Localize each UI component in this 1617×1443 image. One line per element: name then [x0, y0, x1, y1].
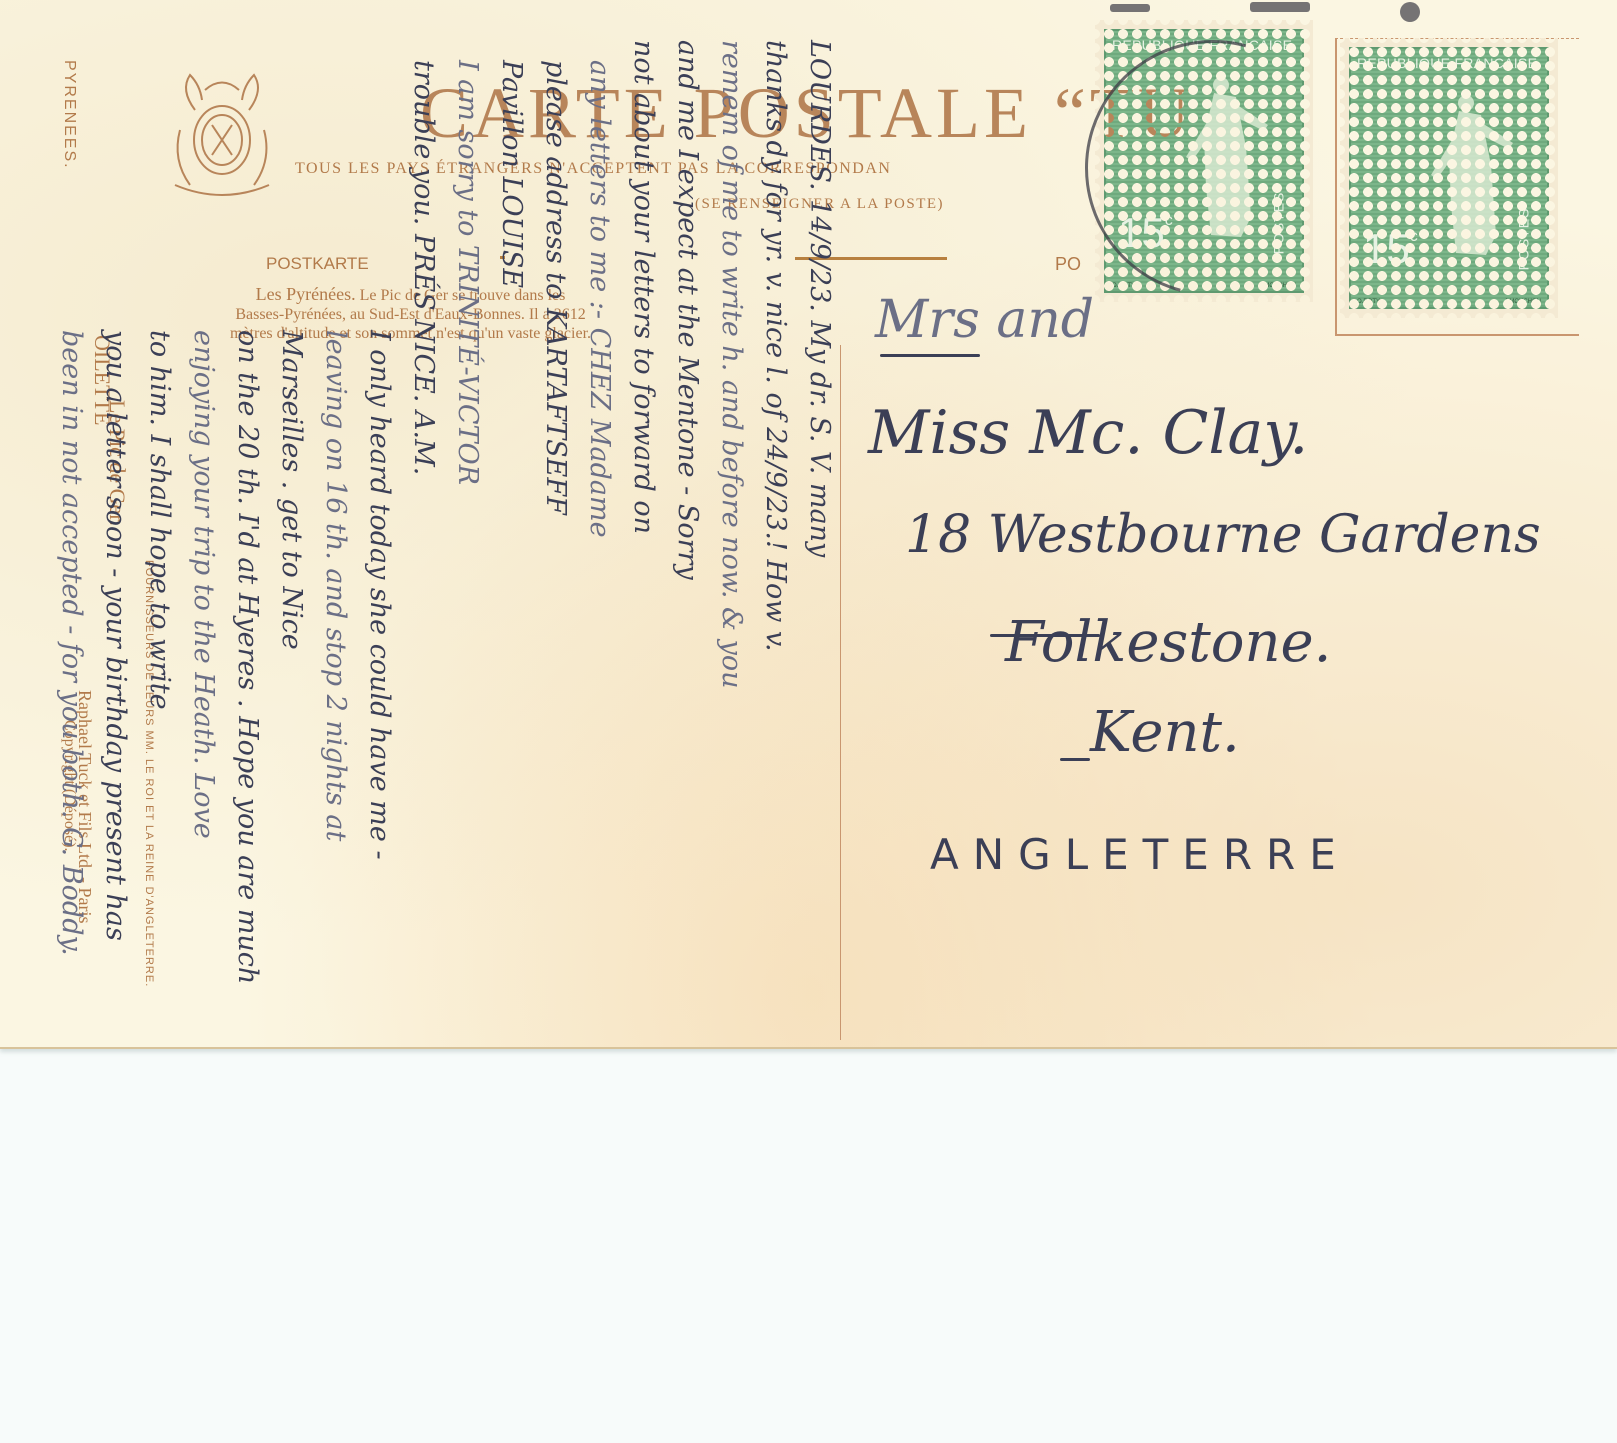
postkarte-label: POSTKARTE: [266, 254, 369, 274]
stamp-2-label: POSTES: [1516, 208, 1532, 271]
message-line: please address to KARTAFTSEFF: [540, 60, 571, 515]
address-line-1: Mrs and: [875, 290, 1094, 350]
message-line: I am sorry to TRINITÉ-VICTOR: [452, 60, 483, 485]
address-line-3: 18 Westbourne Gardens: [905, 505, 1541, 565]
message-line: and me I expect at the Mentone - Sorry: [672, 40, 703, 580]
royal-crest-icon: [165, 70, 280, 200]
address-line-2: Miss Mc. Clay.: [868, 398, 1308, 468]
stamp-2-value: 15c: [1363, 225, 1418, 273]
address-country: ANGLETERRE: [930, 830, 1350, 879]
message-line: I only heard today she could have me -: [364, 330, 395, 860]
address-underline: [880, 354, 980, 357]
message-line: LOURDES. 14/9/23. My dr. S. V. many: [804, 40, 835, 557]
stamp-2-country: REPUBLIQUE FRANCAISE: [1357, 55, 1541, 71]
stamp-2: REPUBLIQUE FRANCAISE 15c POSTES O.ROTYJ.…: [1340, 38, 1558, 318]
message-line: remem of me to write h. and before now. …: [716, 40, 747, 689]
message-line: any letters to me :- CHEZ Madame: [584, 60, 615, 538]
postmark-ink: [1110, 4, 1150, 12]
message-line: on the 20 th. I'd at Hyeres . Hope you a…: [232, 330, 263, 984]
series-label: PYRENEES.: [60, 60, 78, 170]
message-line: not about your letters to forward on: [628, 40, 659, 534]
post-label-partial: PO: [1055, 254, 1081, 275]
address-line-5: Kent.: [1090, 700, 1240, 765]
message-line: Marseilles . get to Nice: [276, 330, 307, 650]
message-line: enjoying your trip to the Heath. Love: [188, 330, 219, 839]
sower-icon: [1421, 85, 1521, 265]
postmark-ink: [1400, 2, 1420, 22]
caption-lead: Les Pyrénées.: [256, 284, 356, 304]
message-line: trouble you. PRÉS NICE. A.M.: [408, 60, 439, 475]
center-divider: [840, 345, 841, 1040]
message-line: thanks dy for yr. v. nice l. of 24/9/23.…: [760, 40, 791, 652]
postmark-ink: [1250, 2, 1310, 12]
postcard-back: CARTE POSTALE “TU TOUS LES PAYS ÉTRANGER…: [0, 0, 1617, 1049]
message-line: you a letter soon - your birthday presen…: [100, 330, 131, 941]
stamp-2-credits: O.ROTYJ.MOUCHON: [1357, 299, 1541, 305]
stamp-2-face: REPUBLIQUE FRANCAISE 15c POSTES O.ROTYJ.…: [1349, 47, 1549, 309]
message-line: to him. I shall hope to write: [144, 330, 175, 710]
address-line-4: Folkestone.: [1005, 610, 1331, 675]
message-line: Pavillon LOUISE: [496, 60, 527, 288]
message-line: leaving on 16 th. and stop 2 nights at: [320, 330, 351, 841]
address-underline: [1060, 758, 1090, 761]
message-line: been in not accepted - for you both. G. …: [56, 330, 87, 956]
